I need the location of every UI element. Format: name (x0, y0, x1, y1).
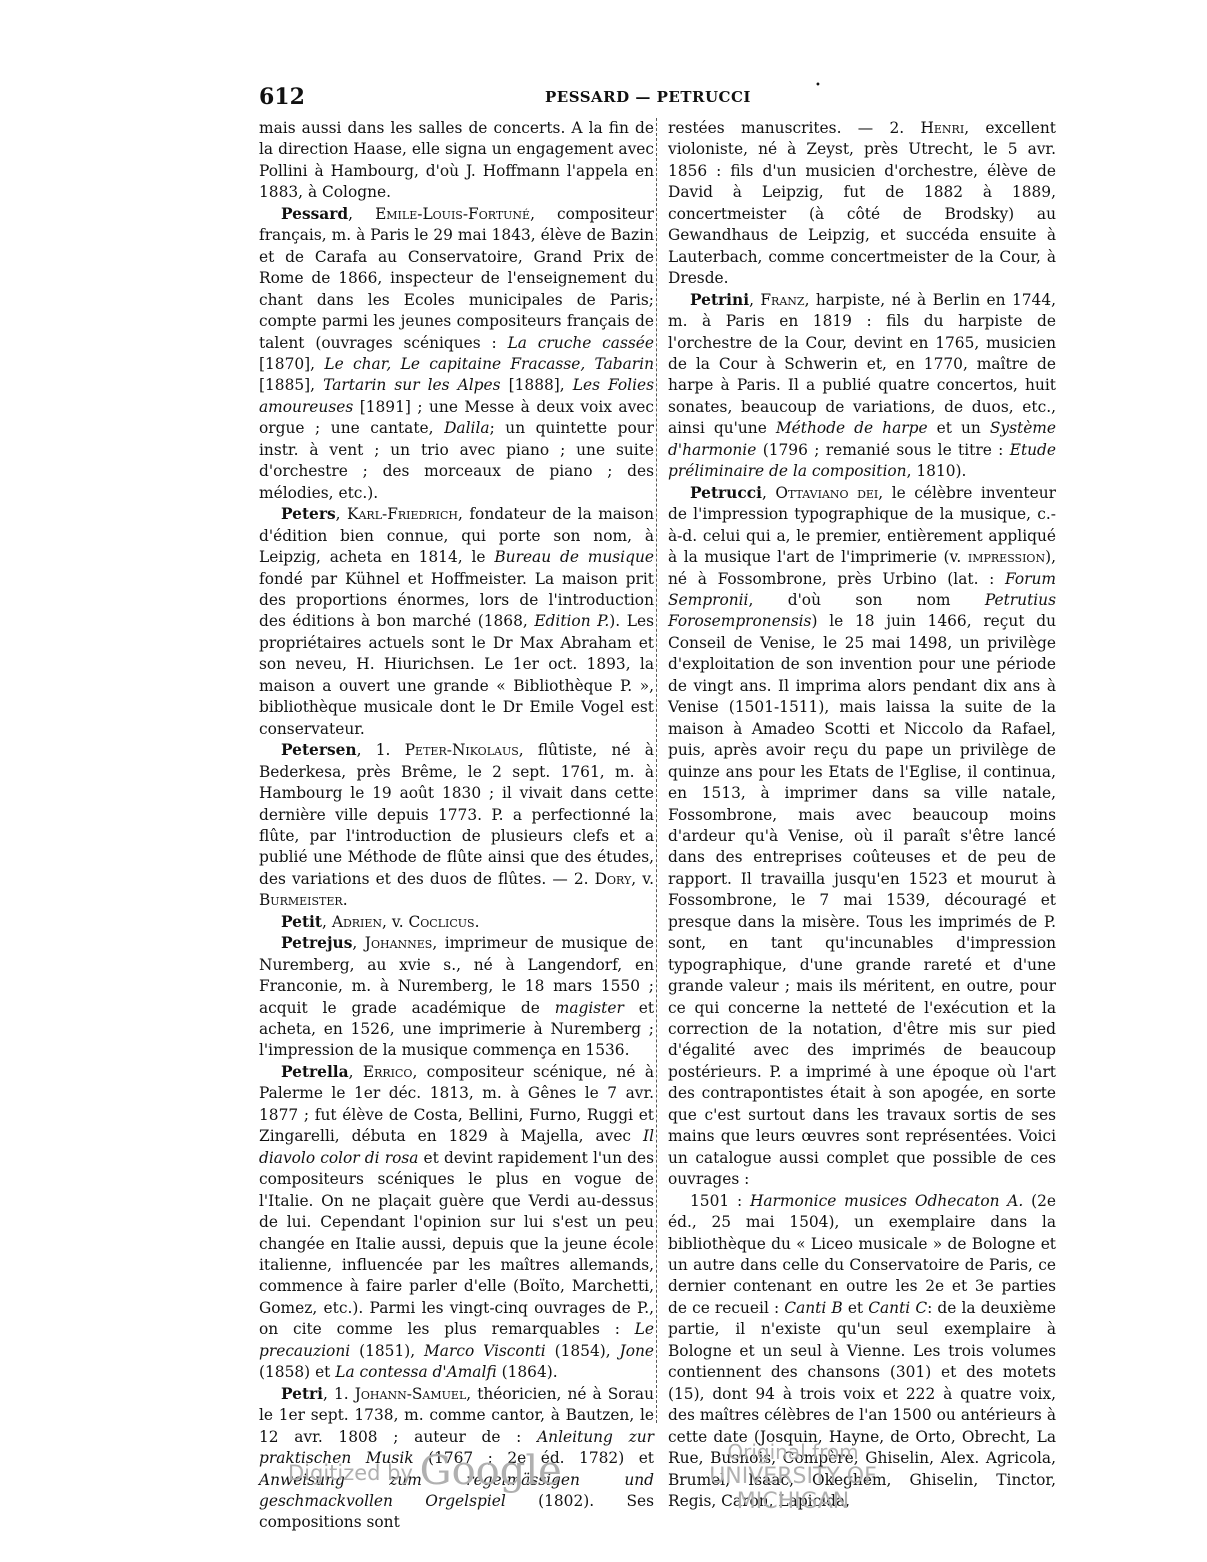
entry-petit: Petit, Adrien, v. Coclicus. (259, 912, 654, 933)
right-column: restées manuscrites. — 2. Henri, excelle… (668, 118, 1056, 1512)
entry-forename: Peter-Nikolaus (405, 741, 519, 759)
entry-headword: Petrejus (281, 934, 352, 952)
original-from-university: Original from UNIVERSITY OF MICHIGAN (668, 1440, 918, 1514)
entry-forename: Errico (363, 1063, 413, 1081)
entry-headword: Petrella (281, 1063, 349, 1081)
continued-entry-text: mais aussi dans les salles de concerts. … (259, 118, 654, 204)
entry-forename: Franz (760, 291, 804, 309)
entry-petri-continued: restées manuscrites. — 2. Henri, excelle… (668, 118, 1056, 290)
entry-headword: Petit (281, 913, 322, 931)
left-column: mais aussi dans les salles de concerts. … (259, 118, 654, 1534)
cross-reference: Coclicus (408, 913, 474, 931)
page-number: 612 (259, 84, 305, 110)
entry-headword: Petrucci (690, 484, 762, 502)
cross-reference: Burmeister (259, 891, 343, 909)
entry-petrejus: Petrejus, Johannes, imprimeur de musique… (259, 933, 654, 1062)
entry-peters: Peters, Karl-Friedrich, fondateur de la … (259, 504, 654, 740)
entry-headword: Peters (281, 505, 336, 523)
entry-headword: Petrini (690, 291, 749, 309)
entry-petrella: Petrella, Errico, compositeur scénique, … (259, 1062, 654, 1384)
entry-petrini: Petrini, Franz, harpiste, né à Berlin en… (668, 290, 1056, 483)
running-head: PESSARD — PETRUCCI (545, 88, 751, 106)
entry-forename: Johann-Samuel (355, 1385, 467, 1403)
entry-forename: Emile-Louis-Fortuné (375, 205, 530, 223)
entry-headword: Petersen (281, 741, 357, 759)
entry-headword: Petri (281, 1385, 323, 1403)
entry-headword: Pessard (281, 205, 348, 223)
entry-petersen: Petersen, 1. Peter-Nikolaus, flûtiste, n… (259, 740, 654, 912)
entry-forename: Adrien (332, 913, 382, 931)
entry-pessard: Pessard, Emile-Louis-Fortuné, compositeu… (259, 204, 654, 504)
entry-forename: Karl-Friedrich (347, 505, 458, 523)
column-divider (656, 118, 657, 1423)
entry-forename: Ottaviano dei (775, 484, 878, 502)
cross-reference: impression (968, 548, 1045, 566)
print-speck: • (815, 80, 821, 91)
google-logo: Google (420, 1448, 562, 1494)
entry-petrucci: Petrucci, Ottaviano dei, le célèbre inve… (668, 483, 1056, 1191)
entry-forename: Johannes (365, 934, 433, 952)
digitized-by-google: Digitized by Google (288, 1448, 562, 1494)
